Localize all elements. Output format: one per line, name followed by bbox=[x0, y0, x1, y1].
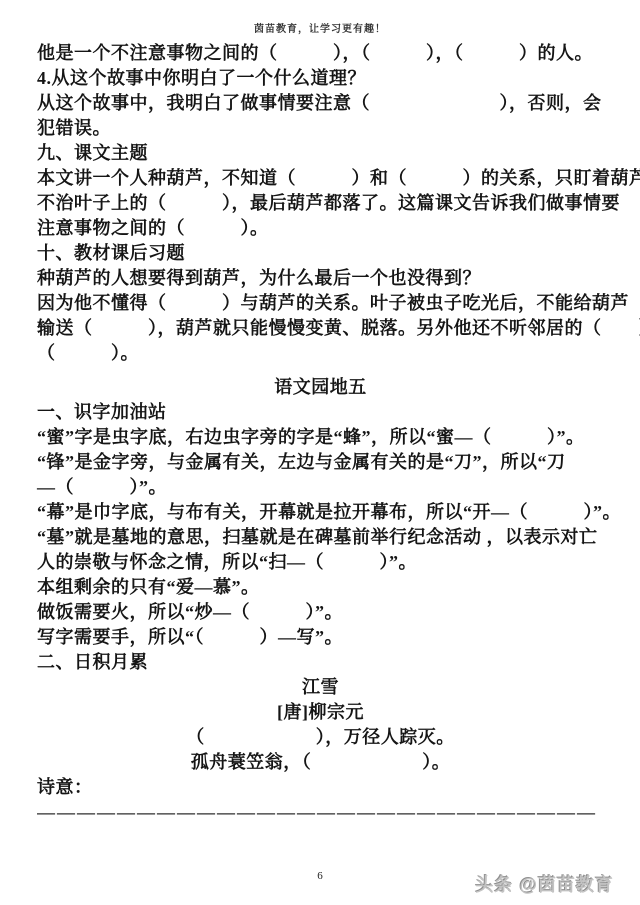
text-line: 注意事物之间的（ ）。 bbox=[37, 216, 604, 241]
section-heading-10: 十、教材课后习题 bbox=[37, 241, 604, 266]
unit-title: 语文园地五 bbox=[37, 375, 604, 400]
poem-line-1: （ ），万径人踪灭。 bbox=[37, 725, 604, 750]
poem-line-2: 孤舟蓑笠翁，（ ）。 bbox=[37, 750, 604, 775]
text-line: 种葫芦的人想要得到葫芦，为什么最后一个也没得到？ bbox=[37, 266, 604, 291]
section-heading-9: 九、课文主题 bbox=[37, 141, 604, 166]
text-line: 本文讲一个人种葫芦，不知道（ ）和（ ）的关系，只盯着葫芦， bbox=[37, 166, 604, 191]
text-line: 输送（ ），葫芦就只能慢慢变黄、脱落。另外他还不听邻居的（ ）， bbox=[37, 316, 604, 341]
text-line: 本组剩余的只有“爱—慕”。 bbox=[37, 575, 604, 600]
text-line: 不治叶子上的（ ），最后葫芦都落了。这篇课文告诉我们做事情要 bbox=[37, 191, 604, 216]
section-heading-accumulation: 二、日积月累 bbox=[37, 650, 604, 675]
text-line: “墓”就是墓地的意思，扫墓就是在碑墓前举行纪念活动 ，以表示对亡 bbox=[37, 525, 604, 550]
header-slogan: 茵苗教育，让学习更有趣！ bbox=[0, 20, 640, 35]
text-line: 犯错误。 bbox=[37, 116, 604, 141]
text-line: 从这个故事中，我明白了做事情要注意（ ），否则，会 bbox=[37, 91, 604, 116]
text-line: （ ）。 bbox=[37, 341, 604, 366]
answer-dash-line: ———————————————————————————— bbox=[37, 800, 604, 825]
section-heading-literacy: 一、识字加油站 bbox=[37, 400, 604, 425]
poem-author: [唐]柳宗元 bbox=[37, 700, 604, 725]
text-line: —（ ）”。 bbox=[37, 475, 604, 500]
poem-meaning-label: 诗意： bbox=[37, 775, 604, 800]
text-line: 他是一个不注意事物之间的（ ），（ ），（ ）的人。 bbox=[37, 41, 604, 66]
poem-title: 江雪 bbox=[37, 675, 604, 700]
text-line: “蜜”字是虫字底，右边虫字旁的字是“蜂”，所以“蜜—（ ）”。 bbox=[37, 425, 604, 450]
worksheet-body: 他是一个不注意事物之间的（ ），（ ），（ ）的人。 4.从这个故事中你明白了一… bbox=[37, 41, 604, 825]
text-line: 写字需要手，所以“（ ）—写”。 bbox=[37, 625, 604, 650]
text-line: 因为他不懂得（ ）与葫芦的关系。叶子被虫子吃光后，不能给葫芦 bbox=[37, 291, 604, 316]
text-line: “锋”是金字旁，与金属有关，左边与金属有关的是“刀”，所以“刀 bbox=[37, 450, 604, 475]
text-line: “幕”是巾字底，与布有关，开幕就是拉开幕布，所以“开—（ ）”。 bbox=[37, 500, 604, 525]
text-line: 人的崇敬与怀念之情，所以“扫—（ ）”。 bbox=[37, 550, 604, 575]
worksheet-page: 茵苗教育，让学习更有趣！ 他是一个不注意事物之间的（ ），（ ），（ ）的人。 … bbox=[0, 0, 640, 905]
toutiao-watermark: 头条 @茵苗教育 bbox=[475, 871, 614, 897]
text-line: 做饭需要火，所以“炒—（ ）”。 bbox=[37, 600, 604, 625]
question-4: 4.从这个故事中你明白了一个什么道理？ bbox=[37, 66, 604, 91]
